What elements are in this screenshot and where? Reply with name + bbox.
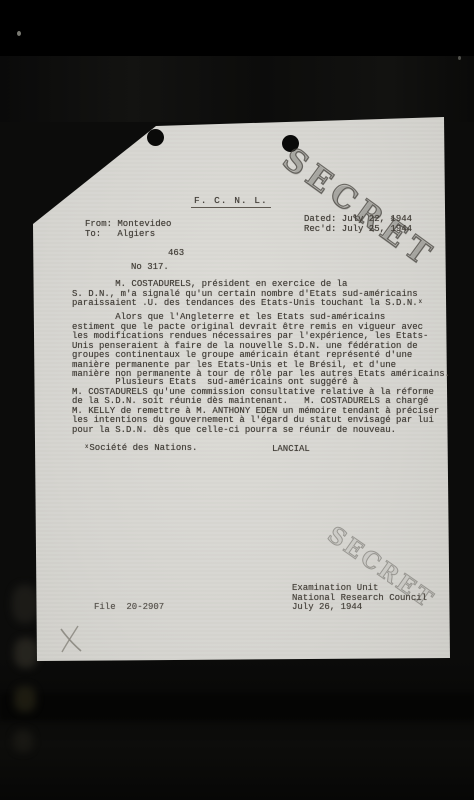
film-blotch <box>14 638 38 668</box>
film-horizontal-band <box>0 694 474 720</box>
to-field: To: Algiers <box>85 230 155 240</box>
film-lower-area <box>0 660 474 800</box>
film-blotch <box>13 730 33 752</box>
message-number: No 317. <box>131 263 169 273</box>
handwritten-x-mark <box>57 624 85 654</box>
serial-number: 463 <box>168 249 184 259</box>
film-blotch <box>14 686 36 712</box>
file-number: File 20-2907 <box>94 603 164 613</box>
paragraph-3: Plusieurs Etats sud-américains ont suggé… <box>72 378 456 435</box>
dust-speck <box>458 56 461 60</box>
paragraph-2: Alors que l'Angleterre et les Etats sud-… <box>72 313 456 380</box>
punch-hole <box>147 129 164 146</box>
letterhead-title: F. C. N. L. <box>191 196 271 208</box>
received-field: Rec'd: July 25, 1944 <box>304 225 412 235</box>
signature: LANCIAL <box>272 445 310 455</box>
film-dark-strip <box>0 0 474 57</box>
paragraph-1: M. COSTADURELS, président en exercice de… <box>72 280 456 309</box>
microfilm-scan: SECRET SECRET F. C. N. L. From: Montevid… <box>0 0 474 800</box>
film-streak-band <box>0 56 474 122</box>
dust-speck <box>17 31 21 36</box>
footnote: ˣSociété des Nations. <box>84 444 197 454</box>
examination-unit-block: Examination Unit National Research Counc… <box>292 584 427 613</box>
film-blotch <box>12 585 38 623</box>
